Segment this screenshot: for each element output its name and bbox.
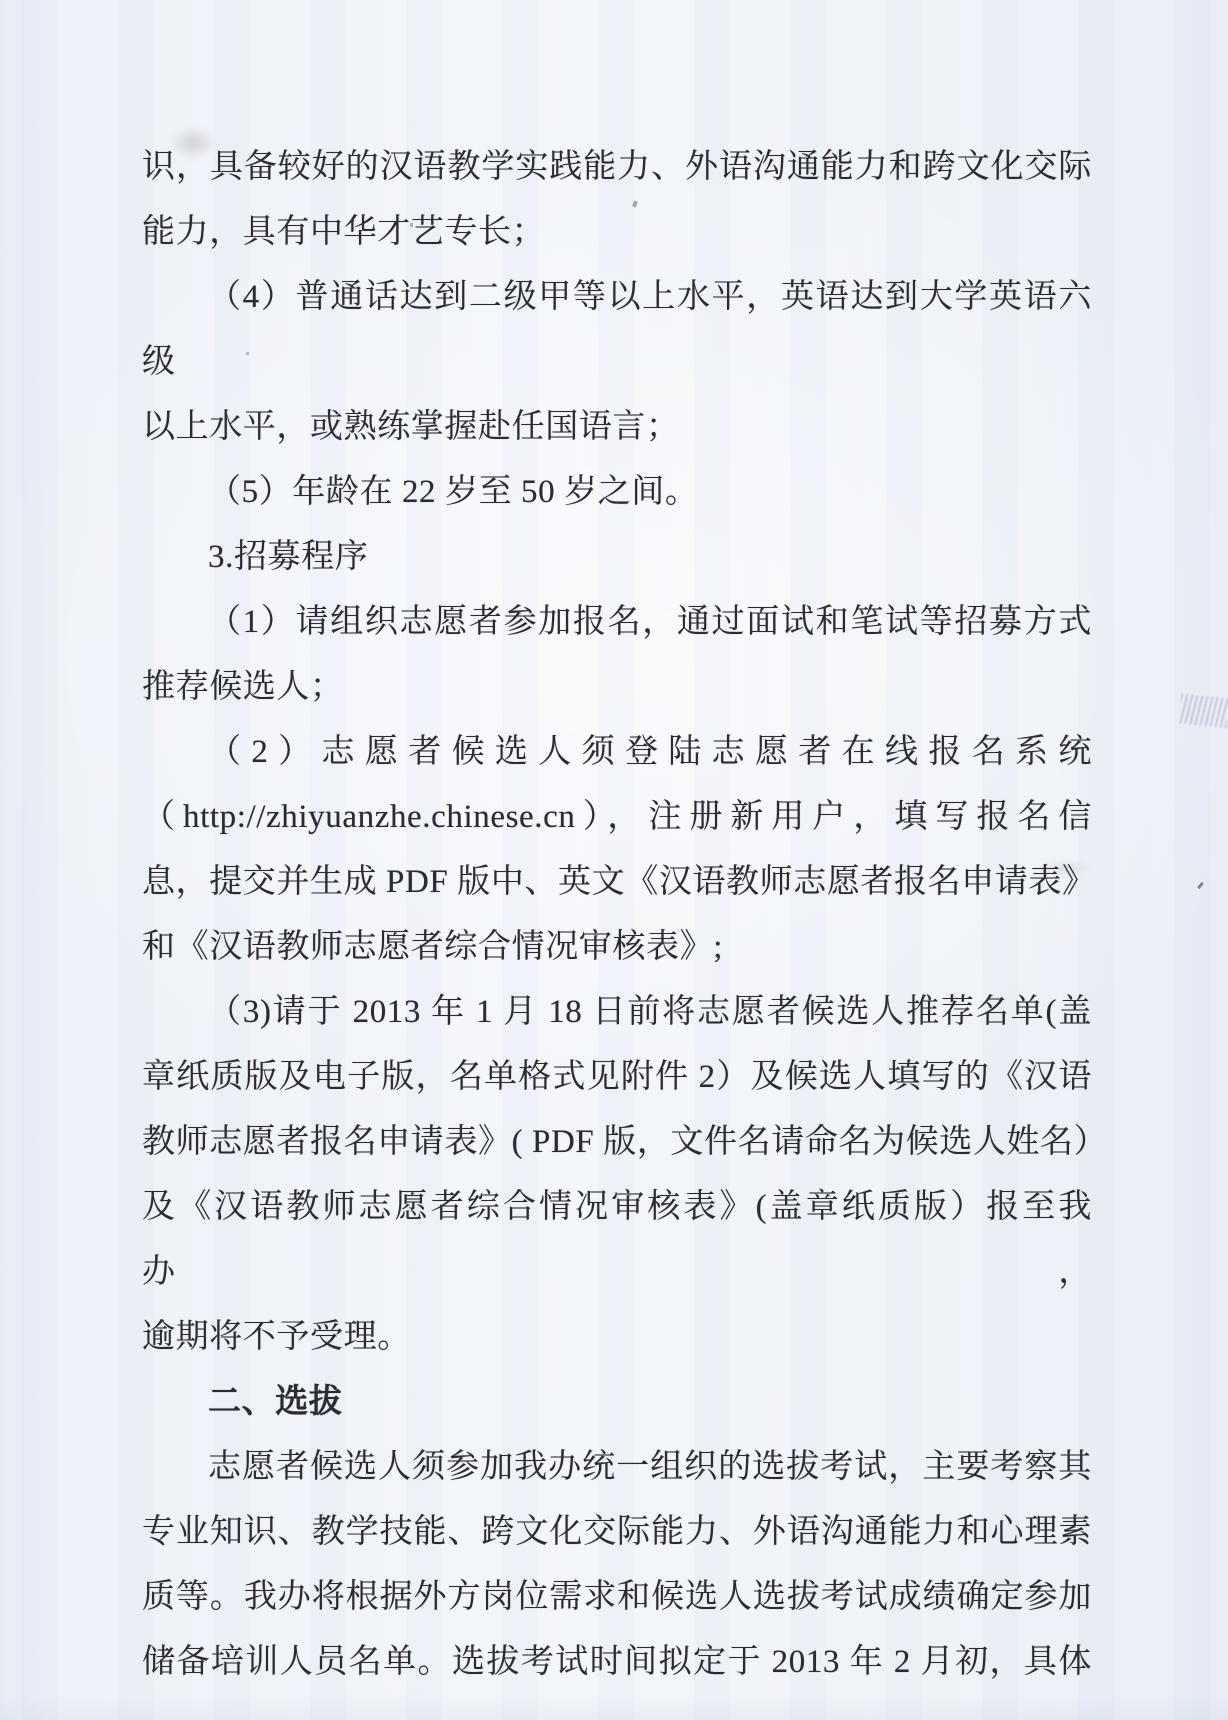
scan-speck	[1197, 882, 1204, 889]
text-line: 能力，具有中华才艺专长；	[142, 200, 1092, 265]
text-line: 教师志愿者报名申请表》( PDF 版，文件名请命名为候选人姓名）	[142, 1110, 1092, 1175]
text-line: 息，提交并生成 PDF 版中、英文《汉语教师志愿者报名申请表》	[142, 850, 1092, 915]
document-page: 识，具备较好的汉语教学实践能力、外语沟通能力和跨文化交际能力，具有中华才艺专长；…	[0, 0, 1228, 1720]
text-line: 志愿者候选人须参加我办统一组织的选拔考试，主要考察其	[142, 1435, 1092, 1500]
text-line: （1）请组织志愿者参加报名，通过面试和笔试等招募方式	[142, 590, 1092, 655]
text-line: 及《汉语教师志愿者综合情况审核表》(盖章纸质版）报至我办，	[142, 1175, 1092, 1305]
text-line: 质等。我办将根据外方岗位需求和候选人选拔考试成绩确定参加	[142, 1565, 1092, 1630]
text-line: 和《汉语教师志愿者综合情况审核表》;	[142, 915, 1092, 980]
text-line: （http://zhiyuanzhe.chinese.cn），注册新用户，填写报…	[142, 785, 1092, 850]
text-line: 二、选拔	[142, 1370, 1092, 1435]
text-line: 章纸质版及电子版，名单格式见附件 2）及候选人填写的《汉语	[142, 1045, 1092, 1110]
text-line: 推荐候选人；	[142, 655, 1092, 720]
text-line: 以上水平，或熟练掌握赴任国语言；	[142, 395, 1092, 460]
text-line: 识，具备较好的汉语教学实践能力、外语沟通能力和跨文化交际	[142, 135, 1092, 200]
text-line: 专业知识、教学技能、跨文化交际能力、外语沟通能力和心理素	[142, 1500, 1092, 1565]
text-line: （4）普通话达到二级甲等以上水平，英语达到大学英语六级	[142, 265, 1092, 395]
text-line: （2）志愿者候选人须登陆志愿者在线报名系统	[142, 720, 1092, 785]
text-line: 逾期将不予受理。	[142, 1305, 1092, 1370]
text-block: 识，具备较好的汉语教学实践能力、外语沟通能力和跨文化交际能力，具有中华才艺专长；…	[142, 135, 1092, 1695]
text-line: （5）年龄在 22 岁至 50 岁之间。	[142, 460, 1092, 525]
text-line: 3.招募程序	[142, 525, 1092, 590]
ink-smudge-right-margin	[1179, 694, 1228, 729]
text-line: （3)请于 2013 年 1 月 18 日前将志愿者候选人推荐名单(盖	[142, 980, 1092, 1045]
text-line: 储备培训人员名单。选拔考试时间拟定于 2013 年 2 月初，具体	[142, 1630, 1092, 1695]
